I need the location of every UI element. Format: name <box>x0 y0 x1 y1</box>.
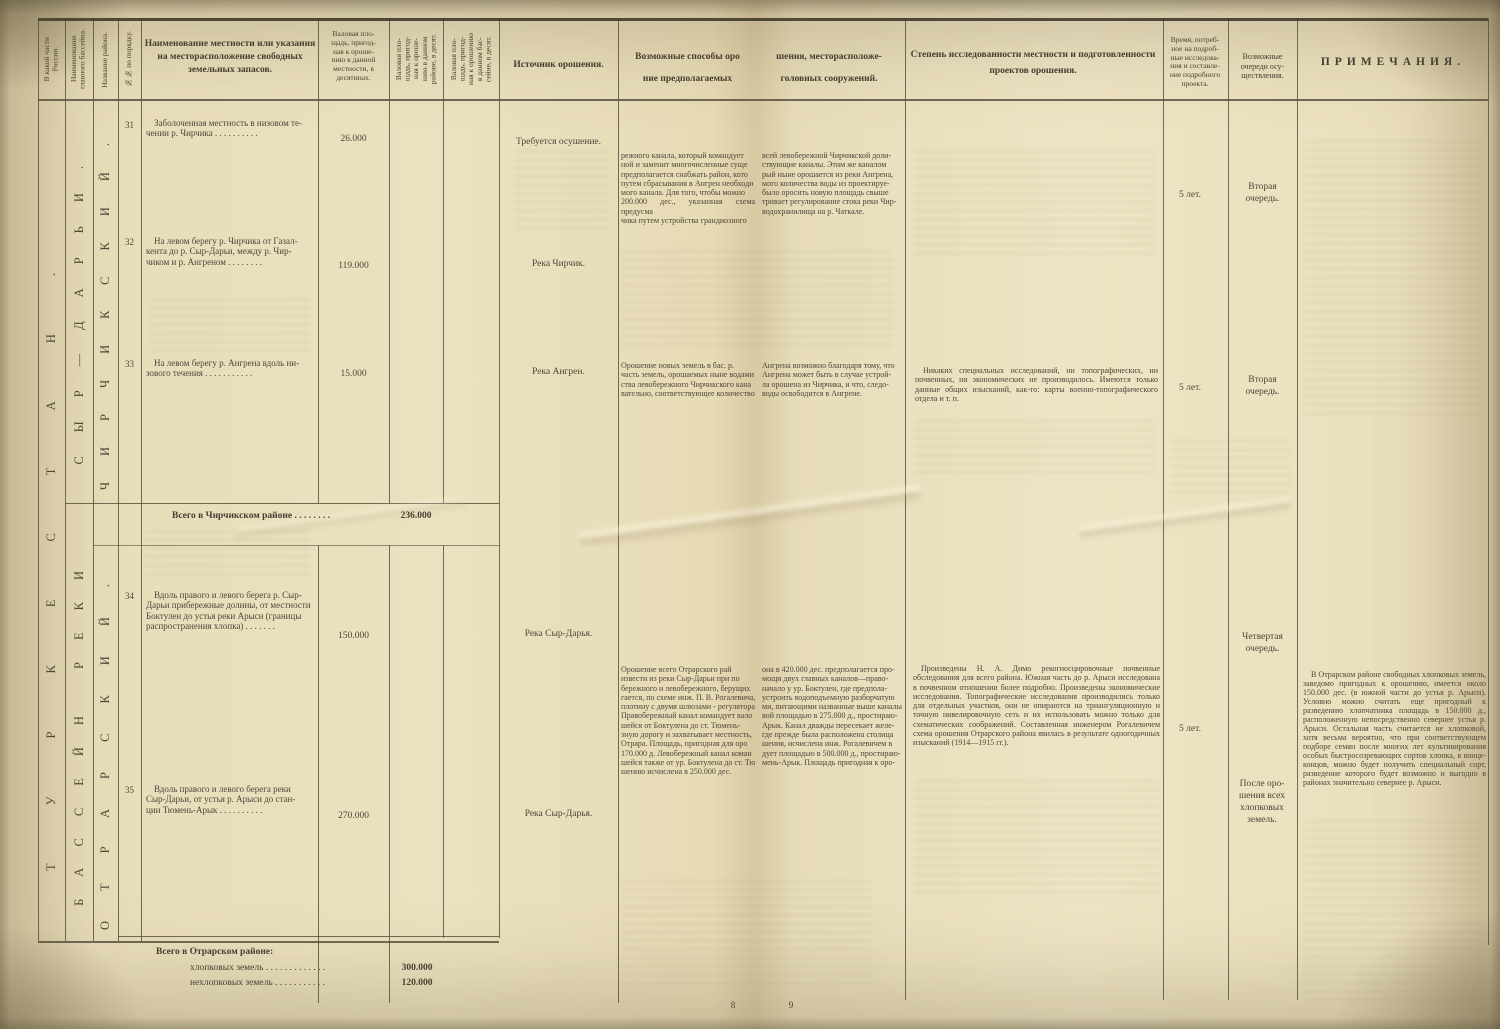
row33-methods-right: Ангрена возможно благодаря тому, что Анг… <box>762 361 902 398</box>
chirchik-time-2: 5 лет. <box>1163 383 1217 393</box>
header-col-time: Время, потреб- ное на подроб- ные исслед… <box>1164 36 1226 89</box>
table-rule <box>499 18 500 938</box>
row-number: 32 <box>118 237 141 247</box>
otrar-queue-35: После оро- шения всех хлопковых земель. <box>1226 778 1298 826</box>
margin-district-lower: ОТРАРСКИЙ. <box>93 546 118 938</box>
show-through <box>145 530 310 575</box>
header-col-basin: Наименование главного бассейна. <box>65 20 93 99</box>
table-rule <box>1228 18 1229 1000</box>
header-col-locality: Наименование местности или указания на м… <box>143 38 317 77</box>
header-col-source: Источник орошения. <box>499 60 618 70</box>
header-col-methods-part4: головных сооружений. <box>760 74 898 84</box>
header-col-area-locality: Валовая пло- щадь, пригод- ная к ороше- … <box>319 30 388 83</box>
table-rule <box>118 936 499 937</box>
chirchik-research: Никаких специальных исследований, ни топ… <box>915 366 1158 403</box>
row-source: Требуется осушение. <box>499 137 618 147</box>
margin-basin-upper-label: СЫР—ДАРЬИ. <box>72 142 87 465</box>
header-col-area-basin: Валовая пло- щадь, пригод- ная к орошени… <box>443 20 499 99</box>
row-source: Река Чирчик. <box>499 259 618 269</box>
row-area-value: 15.000 <box>318 369 389 379</box>
table-rule <box>905 18 906 1000</box>
margin-district-upper: ЧИРЧИКСКИЙ. <box>93 106 118 502</box>
margin-country: ТУРКЕСТАН. <box>38 115 65 970</box>
header-col-district: Название района. <box>93 20 118 99</box>
otrar-methods-right: она в 420.000 дес. предполагается про- м… <box>762 665 903 767</box>
header-col-district-label: Название района. <box>101 32 110 88</box>
margin-country-label: ТУРКЕСТАН. <box>44 215 59 871</box>
header-col-methods-part1: Возможные способы оро <box>619 52 756 62</box>
chirchik-total-label: Всего в Чирчикском районе . . . . . . . … <box>172 511 402 521</box>
show-through <box>150 298 310 353</box>
table-rule <box>38 941 499 943</box>
otrar-notes: В Отрарском районе свободных хлопковых з… <box>1303 670 1486 787</box>
chirchik-queue-2: Вторая очередь. <box>1228 374 1297 398</box>
chirchik-total-value: 236.000 <box>389 511 443 521</box>
show-through <box>1303 820 1483 1000</box>
header-col-number-label: №№ по порядку. <box>125 31 134 88</box>
otrar-total-noncotton-label: нехлопковых земель . . . . . . . . . . . <box>190 978 390 988</box>
row-source: Река Сыр-Дарья. <box>499 629 618 639</box>
page-number-left: 8 <box>718 1001 748 1011</box>
page-number-right: 9 <box>776 1001 806 1011</box>
otrar-total-label: Всего в Отрарском районе: <box>156 947 376 957</box>
chirchik-methods-left: режного канала, который командует ной и … <box>621 151 755 225</box>
margin-basin-lower: БАССЕЙН РЕКИ <box>65 515 93 939</box>
table-rule <box>65 503 499 504</box>
row-area-value: 150.000 <box>318 631 389 641</box>
margin-basin-lower-label: БАССЕЙН РЕКИ <box>72 549 87 906</box>
show-through <box>1170 440 1290 500</box>
otrar-time: 5 лет. <box>1163 724 1217 734</box>
table-rule <box>1163 18 1164 1000</box>
table-rule <box>38 99 1488 101</box>
header-col-region-label: В какой части России. <box>43 37 60 81</box>
table-rule <box>443 545 444 938</box>
row-area-value: 270.000 <box>318 811 389 821</box>
header-col-region: В какой части России. <box>38 20 65 99</box>
chirchik-time-1: 5 лет. <box>1163 190 1217 200</box>
chirchik-queue-1: Вторая очередь. <box>1228 181 1297 205</box>
header-col-research: Степень исследованности местности и подг… <box>908 47 1158 79</box>
show-through <box>622 880 872 990</box>
paper-crease <box>580 483 920 545</box>
otrar-methods-left: Орошение всего Отрарского рай извести из… <box>621 665 757 777</box>
header-col-basin-label: Наименование главного бассейна. <box>70 29 87 89</box>
row-number: 33 <box>118 359 141 369</box>
table-rule <box>618 18 619 1003</box>
otrar-total-cotton-label: хлопковых земель . . . . . . . . . . . .… <box>190 963 390 973</box>
row-source: Река Ангрен. <box>499 367 618 377</box>
otrar-total-noncotton-value: 120.000 <box>389 978 445 988</box>
table-rule <box>141 18 142 941</box>
show-through <box>1303 140 1483 420</box>
margin-district-upper-label: ЧИРЧИКСКИЙ. <box>98 117 113 490</box>
row-number: 34 <box>118 591 141 601</box>
row-number: 35 <box>118 785 141 795</box>
show-through <box>515 150 610 230</box>
table-rule <box>38 18 1488 21</box>
show-through <box>622 250 892 350</box>
table-rule <box>1297 18 1298 1000</box>
show-through <box>915 780 1160 900</box>
scanned-book-spread: В какой части России. Наименование главн… <box>0 0 1500 1029</box>
row-area-value: 26.000 <box>318 134 389 144</box>
chirchik-methods-right: всей левобережной Чирчикской доли- ствую… <box>762 151 902 216</box>
row-locality: На левом берегу р. Ангрена вдоль ни- зов… <box>146 358 322 379</box>
table-rule <box>389 545 390 1003</box>
table-rule <box>118 18 119 941</box>
header-col-notes: ПРИМЕЧАНИЯ. <box>1299 57 1487 67</box>
show-through <box>915 150 1155 260</box>
header-col-area-district-label: Валовая пло- щадь, пригод- ная к ороше- … <box>395 34 438 84</box>
row-area-value: 119.000 <box>318 261 389 271</box>
row33-methods-left: Орошение новых земель в бас. р. часть зе… <box>621 361 755 398</box>
header-col-area-basin-label: Валовая пло- щадь, пригод- ная к орошени… <box>450 33 493 85</box>
row-locality: Заболоченная местность в низовом те- чен… <box>146 118 322 139</box>
otrar-research: Произведены Н. А. Димо рекогносцировочны… <box>913 664 1160 748</box>
header-col-queue: Возможные очереди осу- ществления. <box>1229 52 1296 81</box>
otrar-queue-34: Четвертая очередь. <box>1228 631 1297 655</box>
show-through <box>915 420 1155 480</box>
margin-basin-upper: СЫР—ДАРЬИ. <box>65 112 93 494</box>
header-col-methods-part2: шения, месторасположе- <box>760 52 898 62</box>
row-locality: Вдоль правого и левого берега р. Сыр- Да… <box>146 590 324 632</box>
row-source: Река Сыр-Дарья. <box>499 809 618 819</box>
otrar-total-cotton-value: 300.000 <box>389 963 445 973</box>
row-locality: На левом берегу р. Чирчика от Газал- кен… <box>146 236 322 267</box>
row-number: 31 <box>118 120 141 130</box>
header-col-methods-part3: ние предполагаемых <box>619 74 756 84</box>
table-rule <box>1488 18 1489 945</box>
header-col-area-district: Валовая пло- щадь, пригод- ная к ороше- … <box>389 20 443 99</box>
margin-district-lower-label: ОТРАРСКИЙ. <box>98 554 113 930</box>
row-locality: Вдоль правого и левого берега реки Сыр-Д… <box>146 784 322 815</box>
header-col-number: №№ по порядку. <box>118 20 141 99</box>
